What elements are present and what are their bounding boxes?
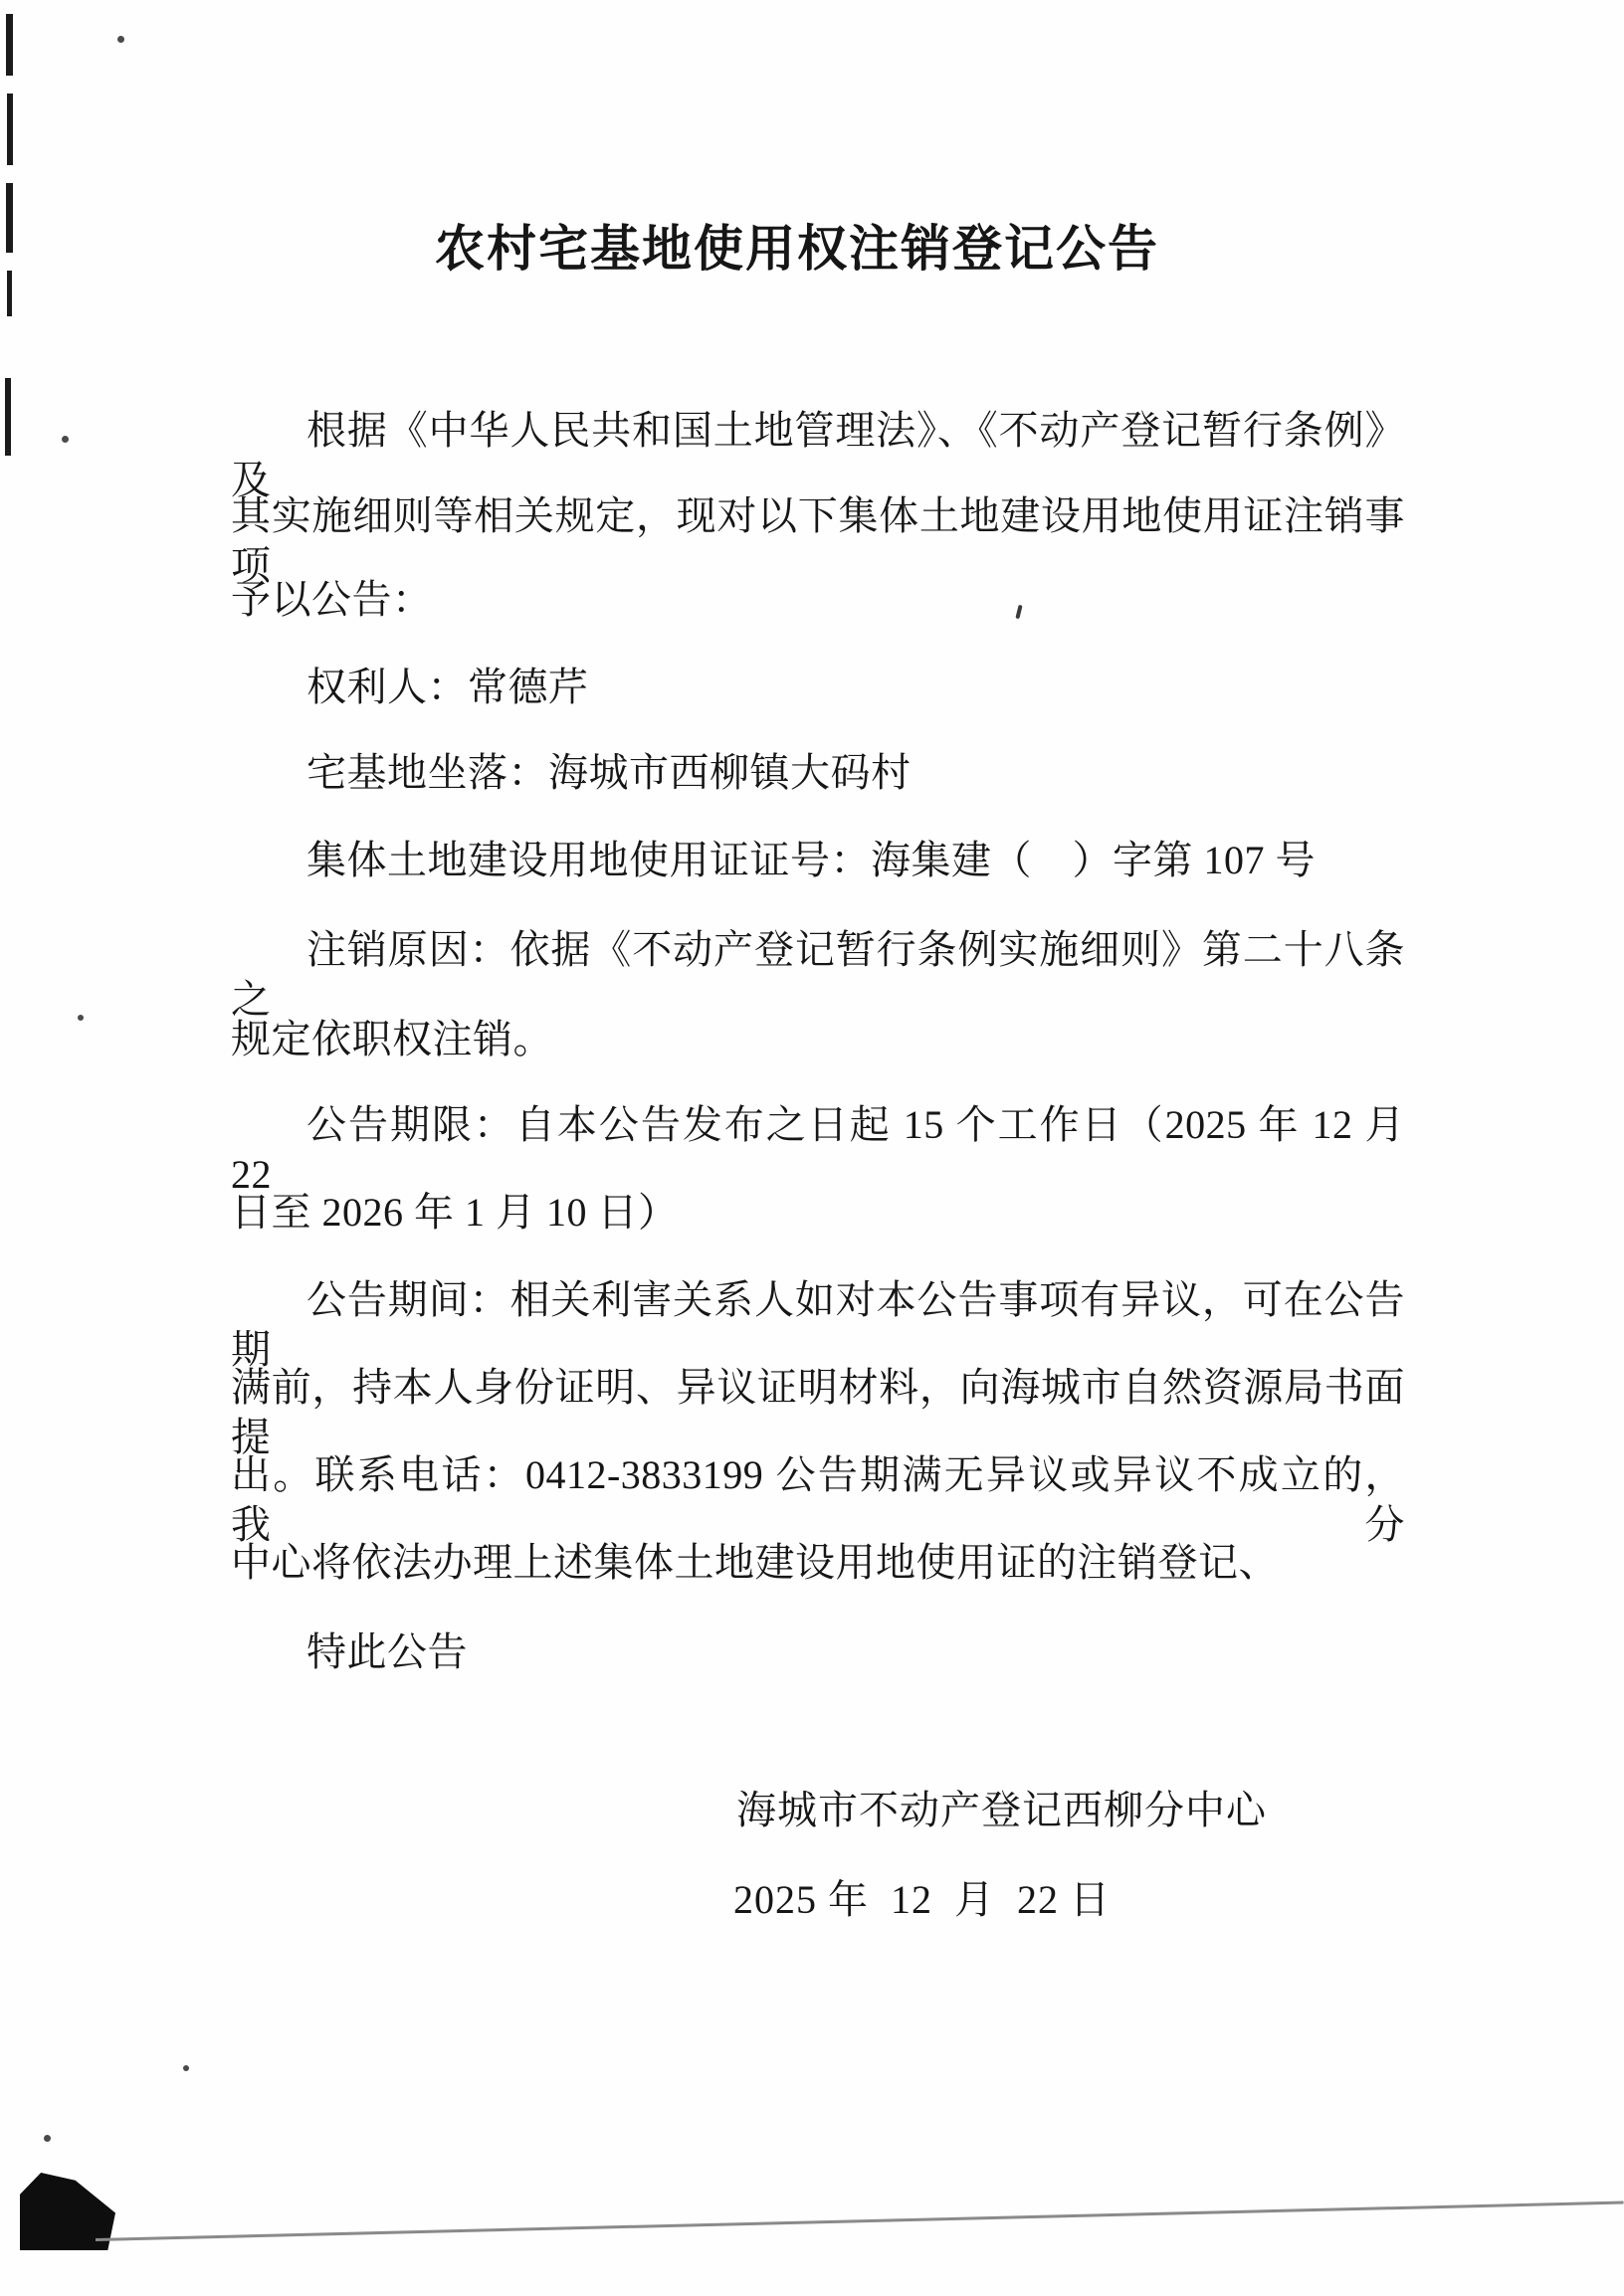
body-line: 规定依职权注销。 bbox=[231, 1015, 1405, 1064]
scan-edge-mark bbox=[6, 183, 13, 253]
body-line: 宅基地坐落：海城市西柳镇大码村 bbox=[231, 748, 1405, 798]
body-line: 根据《中华人民共和国土地管理法》、《不动产登记暂行条例》及 bbox=[231, 406, 1405, 505]
scan-edge-mark bbox=[6, 14, 13, 76]
body-line: 公告期限：自本公告发布之日起 15 个工作日（2025 年 12 月 22 bbox=[231, 1100, 1405, 1200]
body-line: 满前，持本人身份证明、异议证明材料，向海城市自然资源局书面提 bbox=[231, 1363, 1405, 1462]
signature-org: 海城市不动产登记西柳分中心 bbox=[736, 1779, 1267, 1835]
scan-speck bbox=[62, 436, 69, 443]
body-line: 集体土地建设用地使用证证号：海集建（ ）字第 107 号 bbox=[231, 836, 1405, 885]
body-line: 日至 2026 年 1 月 10 日） bbox=[231, 1188, 1405, 1238]
body-line: 中心将依法办理上述集体土地建设用地使用证的注销登记、 bbox=[231, 1538, 1405, 1588]
body-line: 予以公告： bbox=[231, 575, 1405, 625]
scan-speck bbox=[78, 1015, 84, 1021]
scan-speck bbox=[44, 2135, 51, 2142]
body-line: 公告期间：相关利害关系人如对本公告事项有异议，可在公告期 bbox=[231, 1275, 1405, 1375]
scanned-notice-page: 农村宅基地使用权注销登记公告 根据《中华人民共和国土地管理法》、《不动产登记暂行… bbox=[0, 0, 1624, 2296]
body-line: 出。联系电话：0412-3833199 公告期满无异议或异议不成立的，我分 bbox=[231, 1450, 1405, 1550]
body-line: 特此公告 bbox=[231, 1627, 1405, 1677]
body-line: 权利人：常德芹 bbox=[231, 663, 1405, 712]
scan-edge-mark bbox=[5, 378, 11, 456]
scan-page-edge-line bbox=[96, 2200, 1624, 2241]
scan-edge-mark bbox=[7, 271, 12, 316]
signature-date: 2025 年 12 月 22 日 bbox=[733, 1868, 1111, 1925]
body-line: 注销原因：依据《不动产登记暂行条例实施细则》第二十八条之 bbox=[231, 925, 1405, 1025]
scan-speck bbox=[183, 2065, 189, 2071]
notice-title: 农村宅基地使用权注销登记公告 bbox=[0, 209, 1594, 281]
scan-edge-mark bbox=[7, 94, 13, 165]
scan-speck bbox=[117, 36, 124, 43]
